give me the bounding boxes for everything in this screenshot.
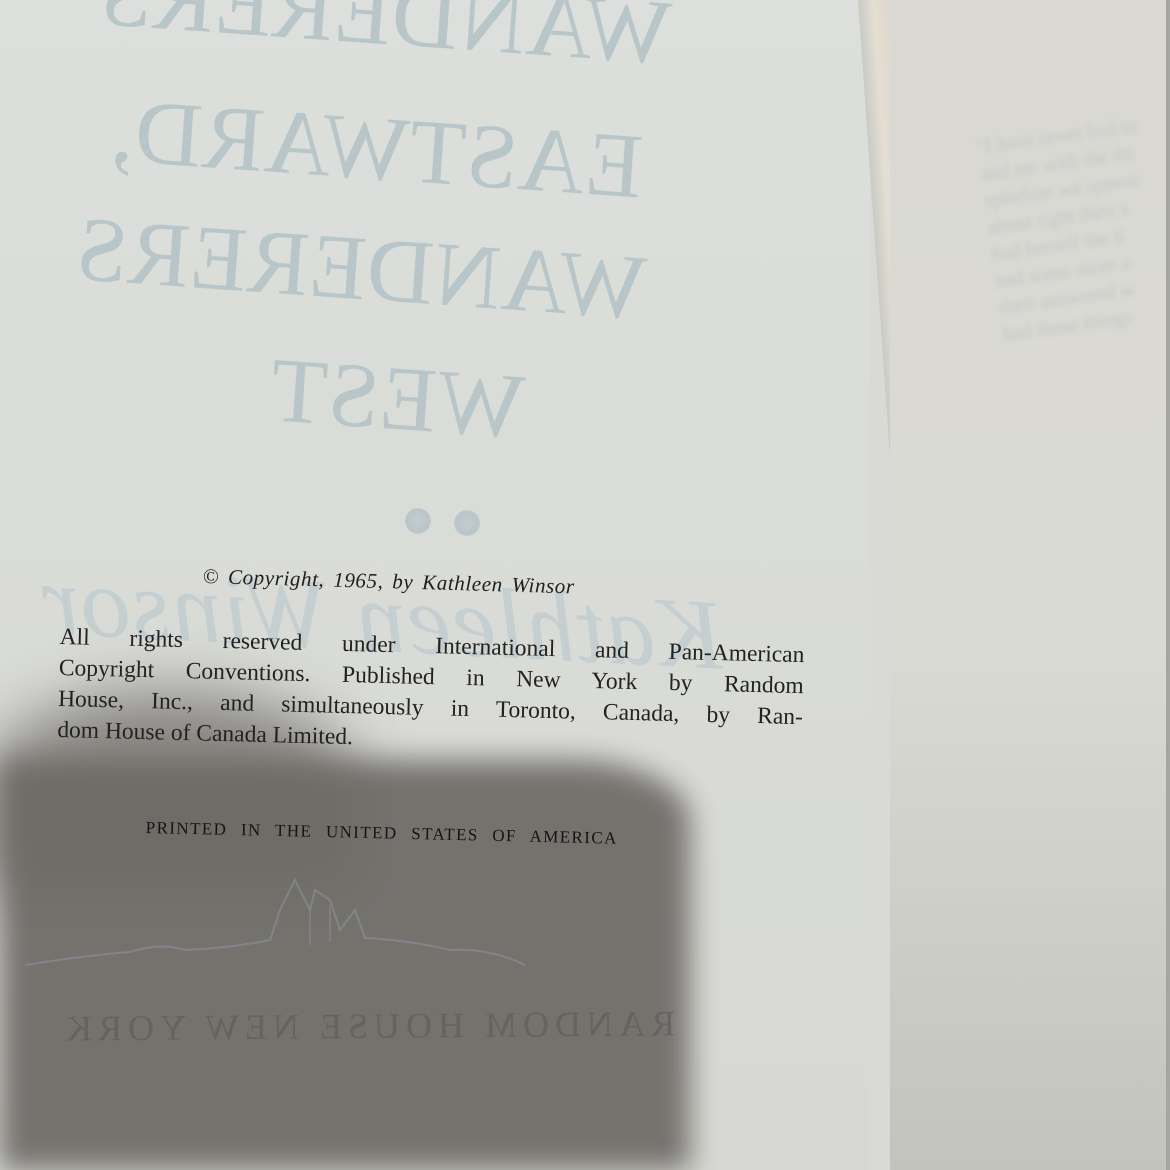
copyright-notice: © Copyright, 1965, by Kathleen Winsor: [202, 564, 575, 599]
right-page: "I have never had to and me with the thi…: [890, 0, 1170, 1170]
rights-paragraph: All rights reserved under International …: [57, 622, 805, 764]
show-through-title-line: WANDERERS: [97, 0, 674, 86]
left-page-copyright: WANDERERS EASTWARD, WANDERERS WEST Kathl…: [0, 0, 870, 1170]
ornament-dot-icon: [405, 508, 431, 534]
show-through-title-line: EASTWARD,: [107, 77, 646, 220]
house-sketch-icon: [10, 870, 530, 990]
right-page-blurred-text: "I have never had to and me with the thi…: [975, 103, 1170, 349]
ornament-dot-icon: [454, 510, 480, 536]
show-through-title-line: WANDERERS: [72, 195, 649, 341]
show-through-title-line: WEST: [267, 336, 528, 459]
page-edge: [1166, 0, 1170, 1170]
show-through-publisher: RANDOM HOUSE NEW YORK: [60, 1002, 675, 1049]
